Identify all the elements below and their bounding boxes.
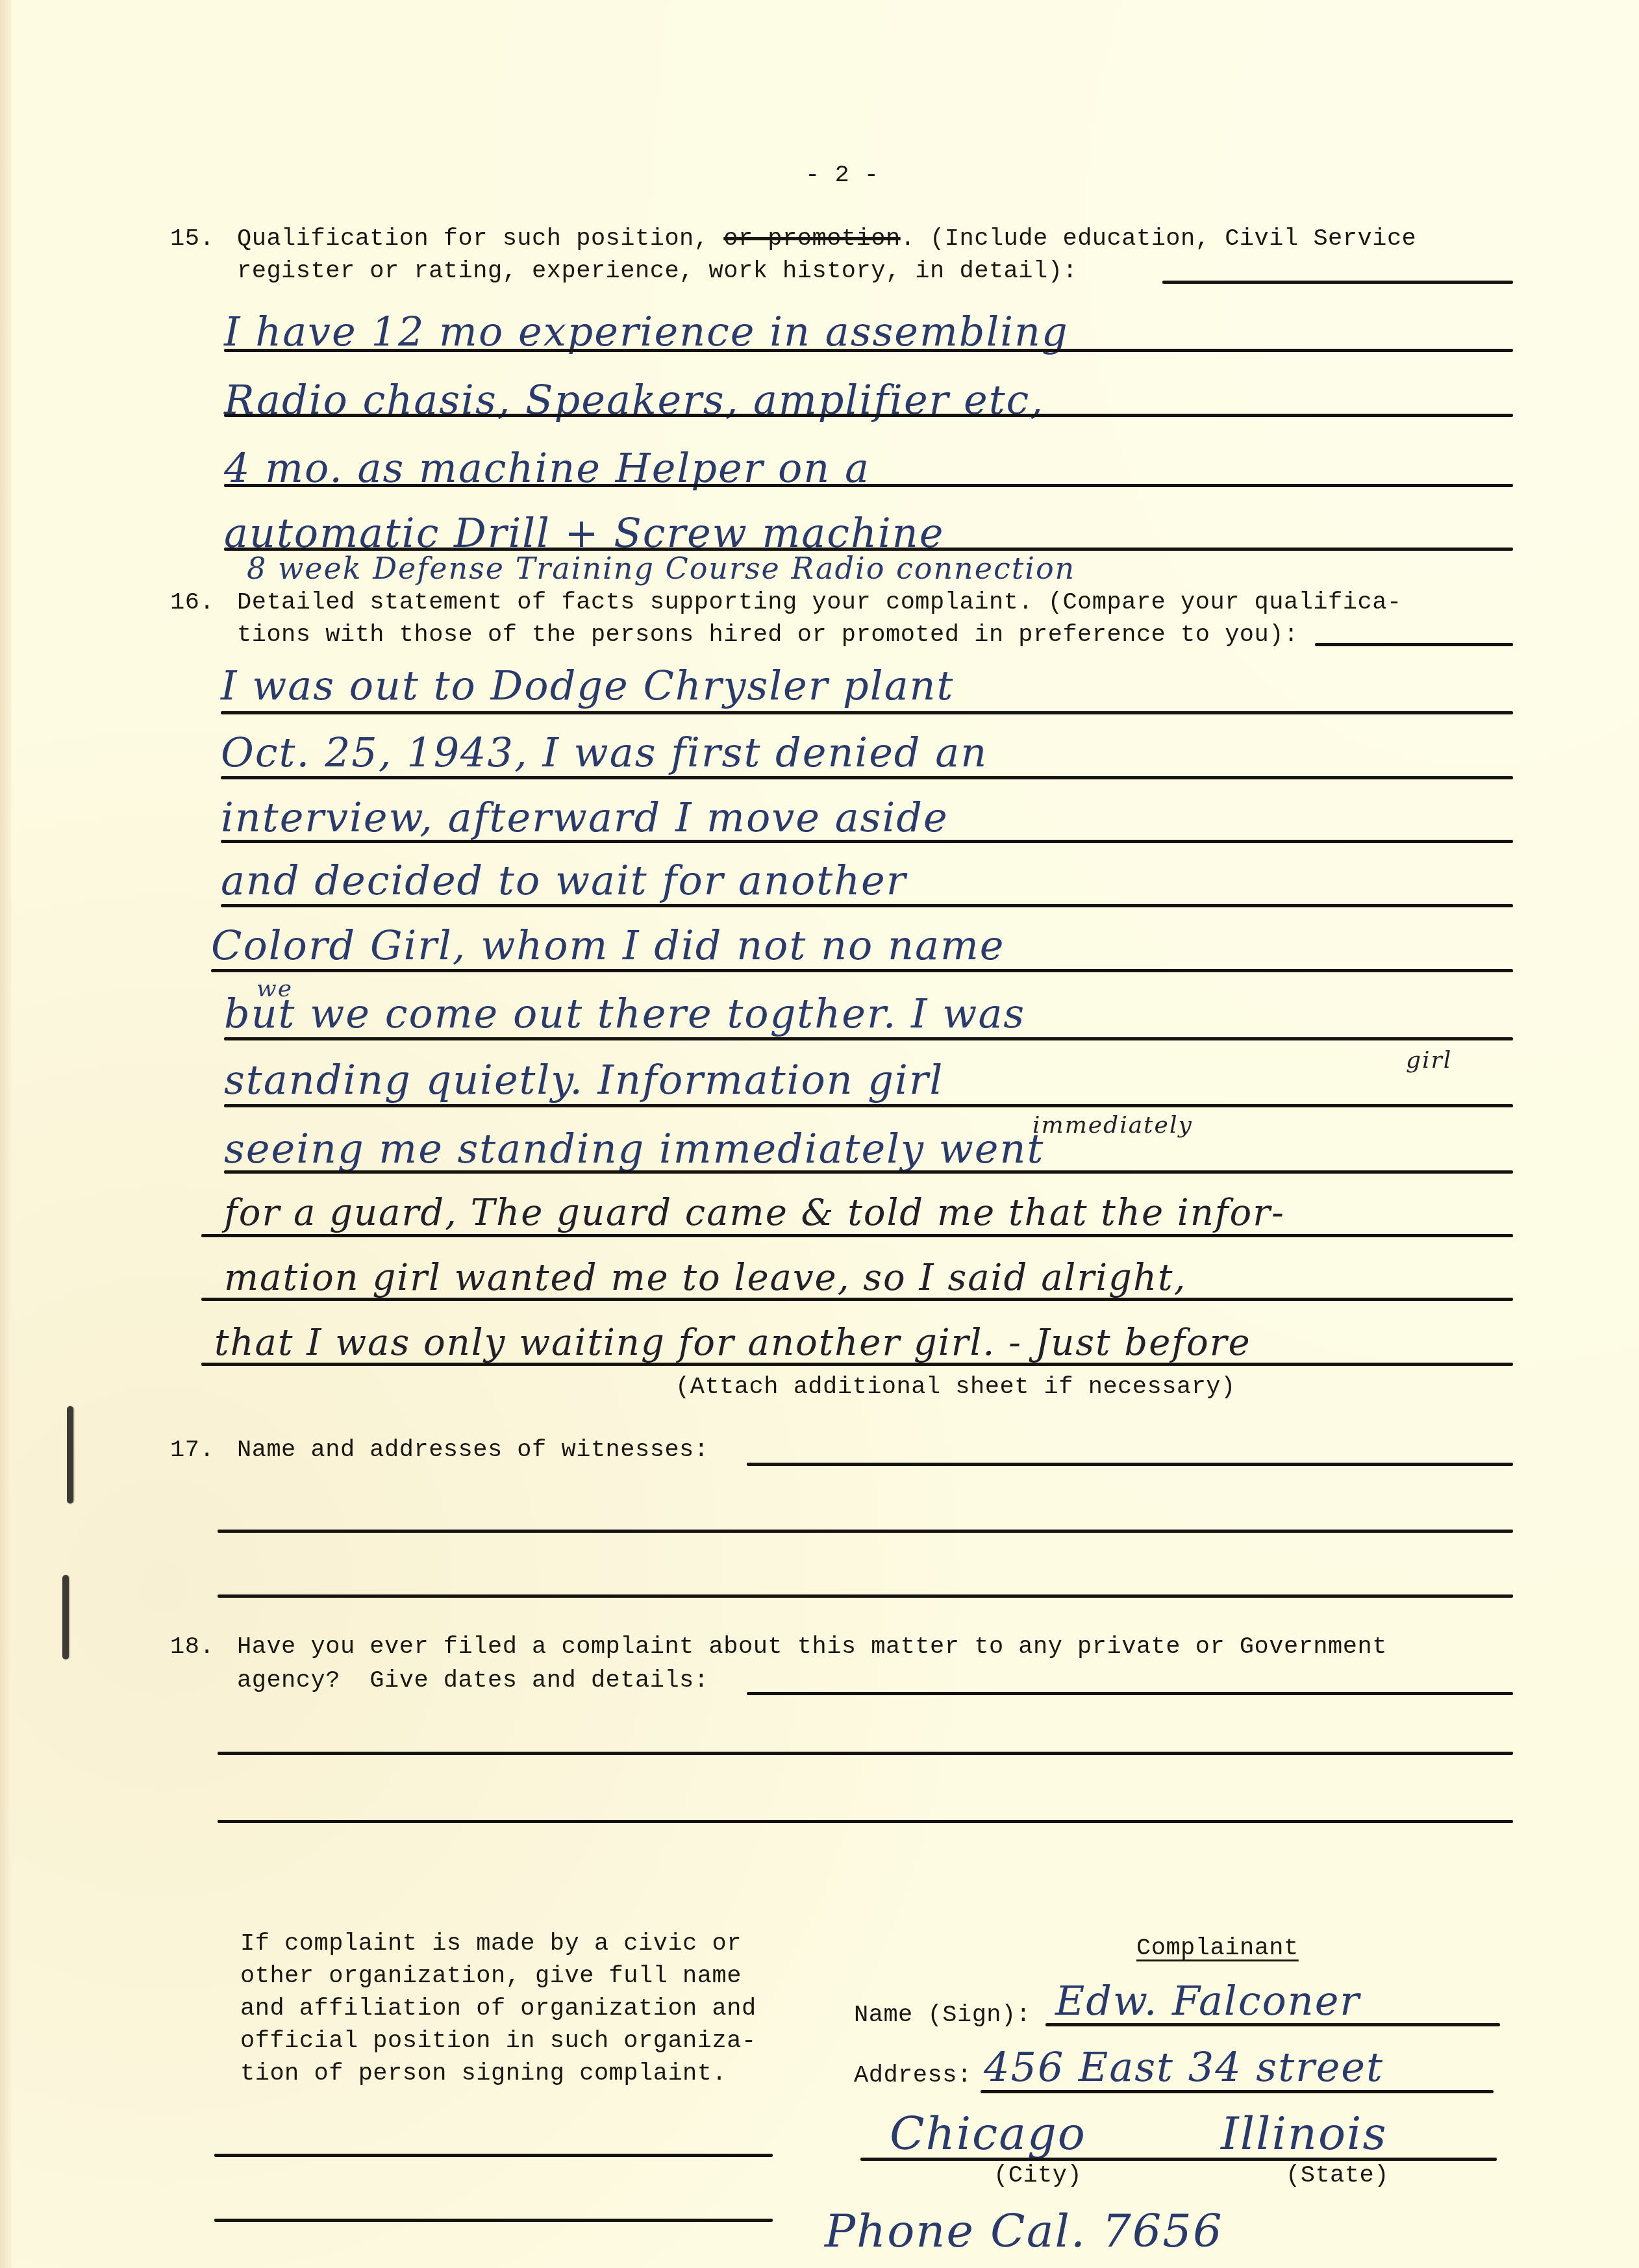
q15-answer-rule-2 [224, 414, 1513, 417]
q16-answer-line-10[interactable]: mation girl wanted me to leave, so I sai… [224, 1260, 1186, 1296]
staple-top [67, 1406, 73, 1504]
name-signature[interactable]: Edw. Falconer [1055, 1981, 1360, 2021]
q15-answer-rule-1 [224, 349, 1513, 352]
q16-answer-line-4[interactable]: and decided to wait for another [221, 861, 907, 901]
q15-answer-line-3[interactable]: 4 mo. as machine Helper on a [224, 448, 870, 488]
q18-rule-2[interactable] [218, 1752, 1513, 1755]
q15-line1-post: . (Include education, Civil Service [901, 225, 1417, 253]
q16-answer-rule-1 [221, 711, 1513, 714]
q16-answer-rule-6 [224, 1037, 1513, 1040]
q16-answer-rule-0 [1315, 643, 1513, 646]
q16-answer-line-9[interactable]: for a guard, The guard came & told me th… [224, 1195, 1285, 1231]
address-value[interactable]: 456 East 34 street [984, 2047, 1384, 2087]
q16-answer-rule-9 [201, 1234, 1513, 1237]
q15-answer-line-1[interactable]: I have 12 mo experience in assembling [224, 312, 1069, 352]
name-rule [1045, 2023, 1500, 2026]
q16-answer-rule-3 [221, 840, 1513, 843]
q18-rule-1[interactable] [747, 1692, 1513, 1695]
q16-answer-rule-10 [201, 1298, 1513, 1301]
q16-answer-rule-11 [201, 1363, 1513, 1366]
q16-number: 16. [170, 591, 214, 615]
paper-edge [0, 0, 12, 2268]
q15-struck-text: or promotion [723, 225, 900, 253]
q16-answer-rule-8 [224, 1170, 1513, 1174]
q16-answer-line-2[interactable]: Oct. 25, 1943, I was first denied an [221, 733, 988, 773]
address-rule [981, 2090, 1494, 2093]
page-number: - 2 - [805, 164, 879, 188]
q15-number: 15. [170, 227, 214, 251]
q15-answer-rule-0 [1162, 281, 1513, 284]
q17-rule-2[interactable] [218, 1530, 1513, 1533]
q16-line1: Detailed statement of facts supporting y… [237, 591, 1402, 615]
org-note-line-4: official position in such organiza- [240, 2030, 757, 2054]
q17-number: 17. [170, 1439, 214, 1463]
q16-answer-line-11[interactable]: that I was only waiting for another girl… [214, 1325, 1251, 1361]
q16-answer-line-8[interactable]: seeing me standing immediately went [224, 1129, 1044, 1169]
name-label: Name (Sign): [854, 2004, 1031, 2028]
q16-insertion-immediately: immediately [1032, 1114, 1193, 1137]
q15-answer-line-5[interactable]: 8 week Defense Training Course Radio con… [247, 553, 1075, 583]
complainant-heading: Complainant [1136, 1937, 1299, 1961]
org-note-line-2: other organization, give full name [240, 1965, 742, 1989]
q16-answer-line-7[interactable]: standing quietly. Information girl [224, 1060, 944, 1100]
org-rule-1[interactable] [214, 2154, 773, 2157]
city-caption: (City) [994, 2164, 1082, 2188]
q16-answer-rule-2 [221, 776, 1513, 779]
q16-line2: tions with those of the persons hired or… [237, 624, 1299, 648]
q16-attach-note: (Attach additional sheet if necessary) [675, 1376, 1236, 1400]
q16-answer-line-1[interactable]: I was out to Dodge Chrysler plant [221, 666, 954, 706]
q16-answer-rule-7 [224, 1104, 1513, 1107]
city-state-rule [860, 2158, 1497, 2161]
org-note-line-5: tion of person signing complaint. [240, 2062, 727, 2086]
q16-answer-line-3[interactable]: interview, afterward I move aside [221, 798, 949, 838]
state-caption: (State) [1286, 2164, 1389, 2188]
q17-rule-1[interactable] [747, 1463, 1513, 1466]
q17-rule-3[interactable] [218, 1594, 1513, 1598]
phone-value[interactable]: Phone Cal. 7656 [825, 2208, 1223, 2254]
q15-line1: Qualification for such position, or prom… [237, 227, 1416, 251]
q18-line1: Have you ever filed a complaint about th… [237, 1635, 1387, 1659]
org-note-line-1: If complaint is made by a civic or [240, 1932, 742, 1956]
q15-line1-pre: Qualification for such position, [237, 225, 723, 253]
q16-answer-rule-5 [211, 969, 1513, 972]
city-value[interactable]: Chicago [890, 2111, 1086, 2156]
q16-insertion-girl: girl [1406, 1049, 1452, 1072]
staple-bottom [62, 1575, 69, 1659]
q16-answer-line-6[interactable]: but we come out there togther. I was [224, 994, 1025, 1034]
q15-line2: register or rating, experience, work his… [237, 260, 1077, 284]
state-value[interactable]: Illinois [1221, 2111, 1387, 2156]
q15-answer-rule-3 [224, 484, 1513, 487]
org-rule-2[interactable] [214, 2219, 773, 2222]
address-label: Address: [854, 2064, 972, 2088]
q16-answer-line-5[interactable]: Colord Girl, whom I did not no name [211, 926, 1005, 966]
q18-number: 18. [170, 1635, 214, 1659]
q18-line2: agency? Give dates and details: [237, 1669, 709, 1693]
q17-label: Name and addresses of witnesses: [237, 1439, 709, 1463]
org-note-line-3: and affiliation of organization and [240, 1997, 757, 2021]
q16-answer-rule-4 [221, 904, 1513, 907]
q18-rule-3[interactable] [218, 1820, 1513, 1823]
